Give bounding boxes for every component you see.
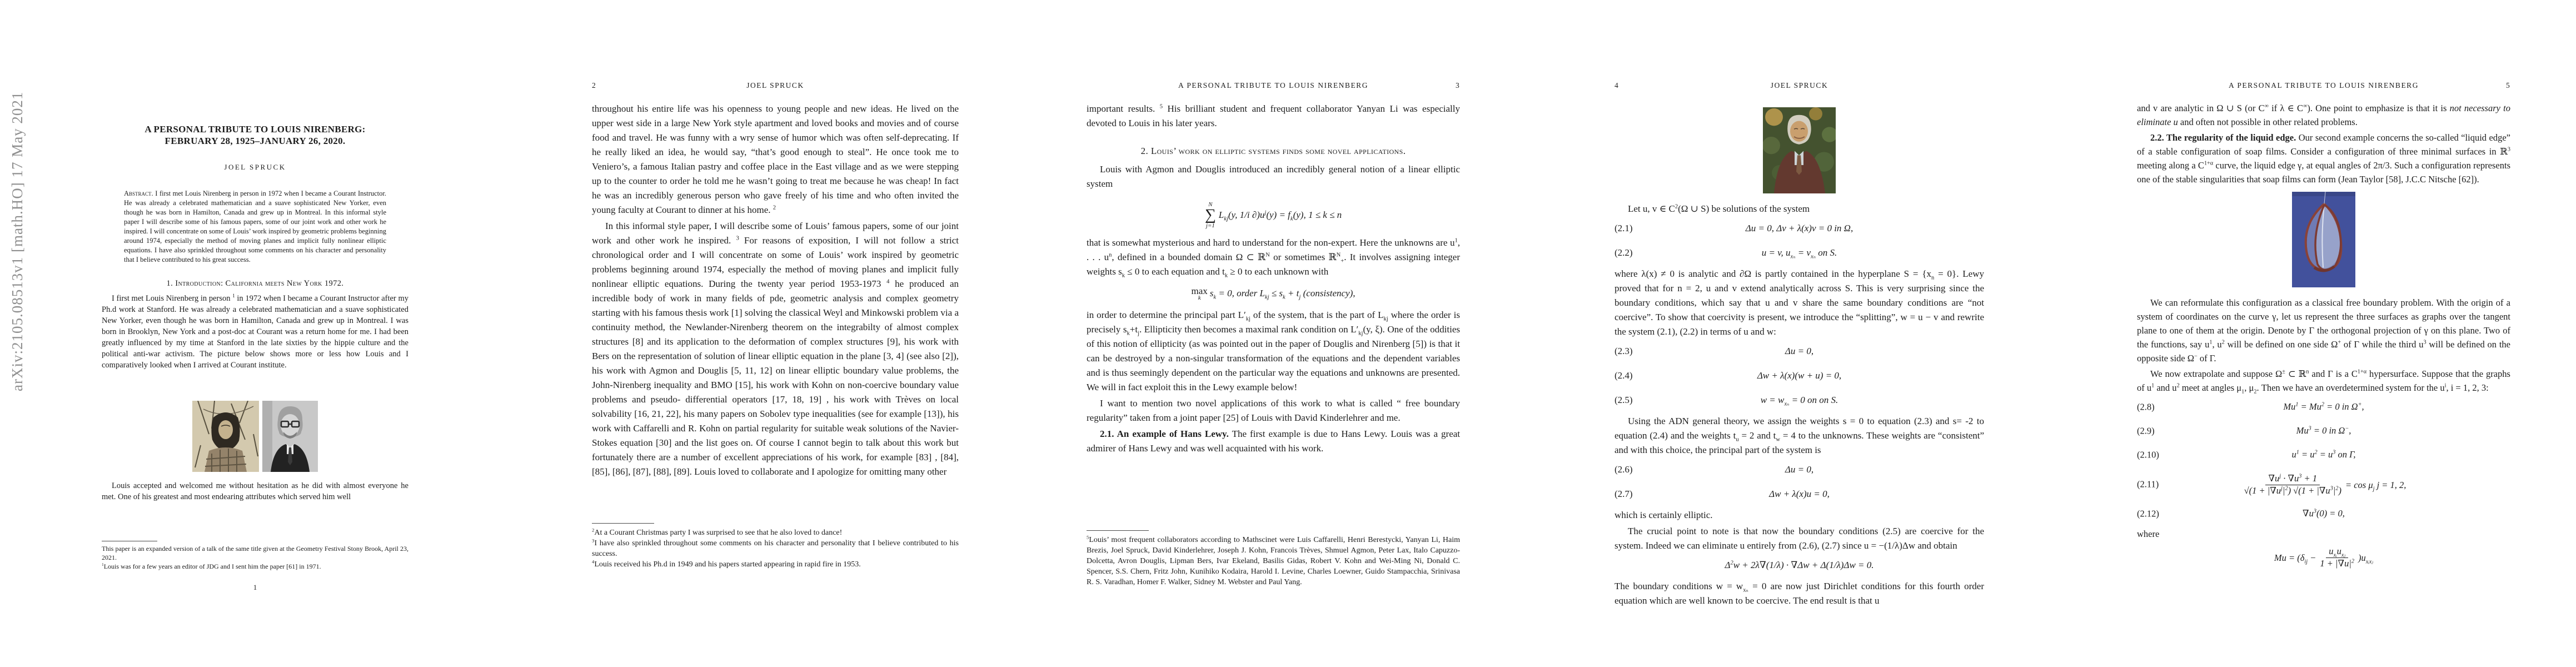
page-number: 1 — [102, 582, 408, 593]
footnote-rule — [102, 541, 157, 541]
paragraph: I first met Louis Nirenberg in person 1 … — [102, 293, 408, 371]
equation-text: = cos μj j = 1, 2, — [2345, 478, 2406, 492]
equation-body: Δu = 0, — [1785, 462, 1813, 477]
document-canvas: arXiv:2105.08513v1 [math.HO] 17 May 2021… — [0, 0, 2576, 667]
footnote: 4Louis received his Ph.d in 1949 and his… — [592, 559, 959, 570]
footnote: 1Louis was for a few years an editor of … — [102, 562, 408, 571]
equation-text: Δw + λ(x)(w + u) = 0, — [1757, 369, 1841, 383]
equation-text: Lkj(y, 1/i ∂)uj(y) = fk(y), 1 ≤ k ≤ n — [1219, 208, 1342, 222]
equation-body: Mu1 = Mu2 = 0 in Ω+, — [2283, 400, 2364, 414]
paragraph: 2.2. The regularity of the liquid edge. … — [2137, 131, 2510, 186]
equation-body: Δw + λ(x)(w + u) = 0, — [1757, 369, 1841, 383]
equation-body: Mu3 = 0 in Ω−, — [2296, 424, 2351, 437]
running-head-title: A PERSONAL TRIBUTE TO LOUIS NIRENBERG — [2229, 78, 2419, 92]
equation: (2.12)∇u3(0) = 0, — [2137, 506, 2510, 520]
fraction: ∇uj · ∇u3 + 1√(1 + |∇uj|2) √(1 + |∇u3|2) — [2241, 473, 2344, 496]
equation-body: Mu = (δij − uxᵢuxⱼ1 + |∇u|2)uxᵢxⱼ — [2274, 546, 2373, 569]
equation-number: (2.7) — [1615, 487, 1633, 501]
sum-symbol-icon: ∑ — [1205, 208, 1216, 223]
equation-text: u = v, uxₙ = vxₙ on S. — [1762, 246, 1837, 260]
paragraph: Using the ADN general theory, we assign … — [1615, 414, 1984, 457]
page-5: A PERSONAL TRIBUTE TO LOUIS NIRENBERG5an… — [2137, 78, 2510, 585]
equation-text: Δu = 0, Δv + λ(x)v = 0 in Ω, — [1746, 221, 1853, 236]
equation-text: w = wxₙ = 0 on on S. — [1761, 393, 1838, 407]
equation: (2.7)Δw + λ(x)u = 0, — [1615, 487, 1984, 501]
equation-text: )uxᵢxⱼ — [2358, 551, 2373, 565]
paragraph: I want to mention two novel applications… — [1087, 396, 1460, 425]
stack-bottom: k — [1198, 295, 1201, 301]
footnote: This paper is an expanded version of a t… — [102, 544, 408, 562]
equation-text: Mu1 = Mu2 = 0 in Ω+, — [2283, 400, 2364, 414]
paragraph: We now extrapolate and suppose Ω± ⊂ ℝn a… — [2137, 367, 2510, 395]
equation-number: (2.6) — [1615, 462, 1633, 477]
equation-body: Δw + λ(x)u = 0, — [1769, 487, 1830, 501]
paragraph: Louis accepted and welcomed me without h… — [102, 480, 408, 502]
sum-lower-limit: j=1 — [1206, 223, 1215, 229]
page-2: 2JOEL SPRUCKthroughout his entire life w… — [592, 78, 959, 570]
paragraph: The crucial point to note is that now th… — [1615, 524, 1984, 553]
fraction-numerator: uxᵢuxⱼ — [2326, 546, 2348, 558]
arxiv-watermark: arXiv:2105.08513v1 [math.HO] 17 May 2021 — [9, 36, 26, 391]
equation-body: maxk sk = 0, order Lkj ≤ sk + tj (consis… — [1192, 286, 1356, 301]
equation: (2.9)Mu3 = 0 in Ω−, — [2137, 424, 2510, 437]
equation-number: (2.8) — [2137, 400, 2155, 414]
equation-body: u = v, uxₙ = vxₙ on S. — [1762, 246, 1837, 260]
fraction-denominator: √(1 + |∇uj|2) √(1 + |∇u3|2) — [2241, 485, 2344, 497]
equation-number: (2.12) — [2137, 506, 2159, 520]
fraction-numerator: ∇uj · ∇u3 + 1 — [2265, 473, 2320, 485]
running-head-page-number-left: 4 — [1615, 78, 1771, 93]
running-head-page-number-right: 3 — [1368, 78, 1460, 93]
equation-body: ∇u3(0) = 0, — [2303, 506, 2345, 520]
photo-young-spruck — [192, 401, 259, 472]
running-head: 2JOEL SPRUCK — [592, 78, 959, 93]
paragraph: In this informal style paper, I will des… — [592, 219, 959, 479]
photo-nirenberg — [262, 401, 318, 472]
paragraph: in order to determine the principal part… — [1087, 308, 1460, 395]
equation-number: (2.5) — [1615, 393, 1633, 407]
equation-text: Mu = (δij − — [2274, 551, 2316, 565]
equation-text: Δu = 0, — [1785, 462, 1813, 477]
paragraph: throughout his entire life was his openn… — [592, 102, 959, 217]
equation: (2.2)u = v, uxₙ = vxₙ on S. — [1615, 246, 1984, 260]
equation-body: Δ2w + 2λ∇(1/λ) · ∇Δw + Δ(1/λ)Δw = 0. — [1725, 558, 1874, 573]
equation-number: (2.9) — [2137, 424, 2155, 437]
equation-number: (2.10) — [2137, 447, 2159, 461]
equation: (2.11)∇uj · ∇u3 + 1√(1 + |∇uj|2) √(1 + |… — [2137, 471, 2510, 496]
paragraph: and v are analytic in Ω ∪ S (or C∞ if λ … — [2137, 101, 2510, 129]
equation: Mu = (δij − uxᵢuxⱼ1 + |∇u|2)uxᵢxⱼ — [2137, 546, 2510, 569]
paragraph: The boundary conditions w = wxₙ = 0 are … — [1615, 579, 1984, 608]
running-head-title: JOEL SPRUCK — [746, 78, 804, 93]
equation-body: N∑j=1Lkj(y, 1/i ∂)uj(y) = fk(y), 1 ≤ k ≤… — [1205, 202, 1342, 229]
running-head-page-number-right: 5 — [2419, 78, 2510, 92]
equation: Δ2w + 2λ∇(1/λ) · ∇Δw + Δ(1/λ)Δw = 0. — [1615, 558, 1984, 573]
equation: (2.8)Mu1 = Mu2 = 0 in Ω+, — [2137, 400, 2510, 414]
paper-title: A PERSONAL TRIBUTE TO LOUIS NIRENBERG:FE… — [102, 123, 408, 147]
fraction-denominator: 1 + |∇u|2 — [2317, 558, 2357, 570]
equation: (2.6)Δu = 0, — [1615, 462, 1984, 477]
equation-body: ∇uj · ∇u3 + 1√(1 + |∇uj|2) √(1 + |∇u3|2)… — [2241, 473, 2406, 496]
footnote: 5Louis’ most frequent collaborators acco… — [1087, 535, 1460, 588]
page-3: A PERSONAL TRIBUTE TO LOUIS NIRENBERG3im… — [1087, 78, 1460, 588]
equation-text: ∇u3(0) = 0, — [2303, 506, 2345, 520]
paragraph: Let u, v ∈ C2(Ω ∪ S) be solutions of the… — [1615, 202, 1984, 216]
equation-text: Δ2w + 2λ∇(1/λ) · ∇Δw + Δ(1/λ)Δw = 0. — [1725, 558, 1874, 573]
author-name: JOEL SPRUCK — [102, 162, 408, 173]
sum-operator: N∑j=1 — [1205, 202, 1216, 229]
equation: (2.3)Δu = 0, — [1615, 344, 1984, 359]
equation: (2.10)u1 = u2 = u3 on Γ, — [2137, 447, 2510, 461]
equation: (2.1)Δu = 0, Δv + λ(x)v = 0 in Ω, — [1615, 221, 1984, 236]
paragraph: where — [2137, 527, 2510, 541]
equation: (2.4)Δw + λ(x)(w + u) = 0, — [1615, 369, 1984, 383]
equation: maxk sk = 0, order Lkj ≤ sk + tj (consis… — [1087, 284, 1460, 301]
footnote: 2At a Courant Christmas party I was surp… — [592, 527, 959, 538]
equation-number: (2.3) — [1615, 344, 1633, 359]
abstract-label: Abstract. — [124, 190, 153, 197]
running-head: 4JOEL SPRUCK — [1615, 78, 1984, 93]
footnote-rule — [592, 523, 654, 524]
photo-hans-lewy — [1763, 107, 1836, 193]
equation-body: u1 = u2 = u3 on Γ, — [2291, 447, 2355, 461]
equation-text: u1 = u2 = u3 on Γ, — [2291, 447, 2355, 461]
abstract: Abstract. I first met Louis Nirenberg in… — [124, 189, 386, 265]
footnote: 3I have also sprinkled throughout some c… — [592, 538, 959, 559]
running-head: A PERSONAL TRIBUTE TO LOUIS NIRENBERG3 — [1087, 78, 1460, 93]
photo-soap-film — [2292, 192, 2355, 287]
paragraph: 2.1. An example of Hans Lewy. The first … — [1087, 427, 1460, 456]
paragraph: where λ(x) ≠ 0 is analytic and ∂Ω is par… — [1615, 267, 1984, 339]
page-1: A PERSONAL TRIBUTE TO LOUIS NIRENBERG:FE… — [102, 123, 408, 593]
footnote-rule — [1087, 530, 1149, 531]
running-head-title: JOEL SPRUCK — [1771, 78, 1828, 93]
equation-body: w = wxₙ = 0 on on S. — [1761, 393, 1838, 407]
paragraph: that is somewhat mysterious and hard to … — [1087, 236, 1460, 279]
paragraph: We can reformulate this configuration as… — [2137, 296, 2510, 365]
equation-body: Δu = 0, Δv + λ(x)v = 0 in Ω, — [1746, 221, 1853, 236]
page-4: 4JOEL SPRUCKLet u, v ∈ C2(Ω ∪ S) be solu… — [1615, 78, 1984, 589]
equation-number: (2.2) — [1615, 246, 1633, 260]
equation-text: Δw + λ(x)u = 0, — [1769, 487, 1830, 501]
equation-text: sk = 0, order Lkj ≤ sk + tj (consistency… — [1210, 286, 1356, 301]
equation: N∑j=1Lkj(y, 1/i ∂)uj(y) = fk(y), 1 ≤ k ≤… — [1087, 196, 1460, 229]
equation-body: Δu = 0, — [1785, 344, 1813, 359]
paragraph: Louis with Agmon and Douglis introduced … — [1087, 162, 1460, 191]
equation-number: (2.1) — [1615, 221, 1633, 236]
running-head-page-number-left: 2 — [592, 78, 746, 93]
equation-text: Mu3 = 0 in Ω−, — [2296, 424, 2351, 437]
photo-row — [102, 401, 408, 472]
running-head-title: A PERSONAL TRIBUTE TO LOUIS NIRENBERG — [1178, 78, 1368, 93]
section-heading: 1. Introduction: California meets New Yo… — [102, 278, 408, 289]
fraction: uxᵢuxⱼ1 + |∇u|2 — [2317, 546, 2357, 569]
equation-text: Δu = 0, — [1785, 344, 1813, 359]
paragraph: important results. 5 His brilliant stude… — [1087, 102, 1460, 131]
paragraph: which is certainly elliptic. — [1615, 508, 1984, 522]
section-heading: 2. Louis’ work on elliptic systems finds… — [1087, 144, 1460, 158]
equation-number: (2.11) — [2137, 477, 2159, 491]
stacked-operator: maxk — [1192, 286, 1208, 301]
equation-number: (2.4) — [1615, 369, 1633, 383]
equation: (2.5)w = wxₙ = 0 on on S. — [1615, 393, 1984, 407]
running-head: A PERSONAL TRIBUTE TO LOUIS NIRENBERG5 — [2137, 78, 2510, 92]
